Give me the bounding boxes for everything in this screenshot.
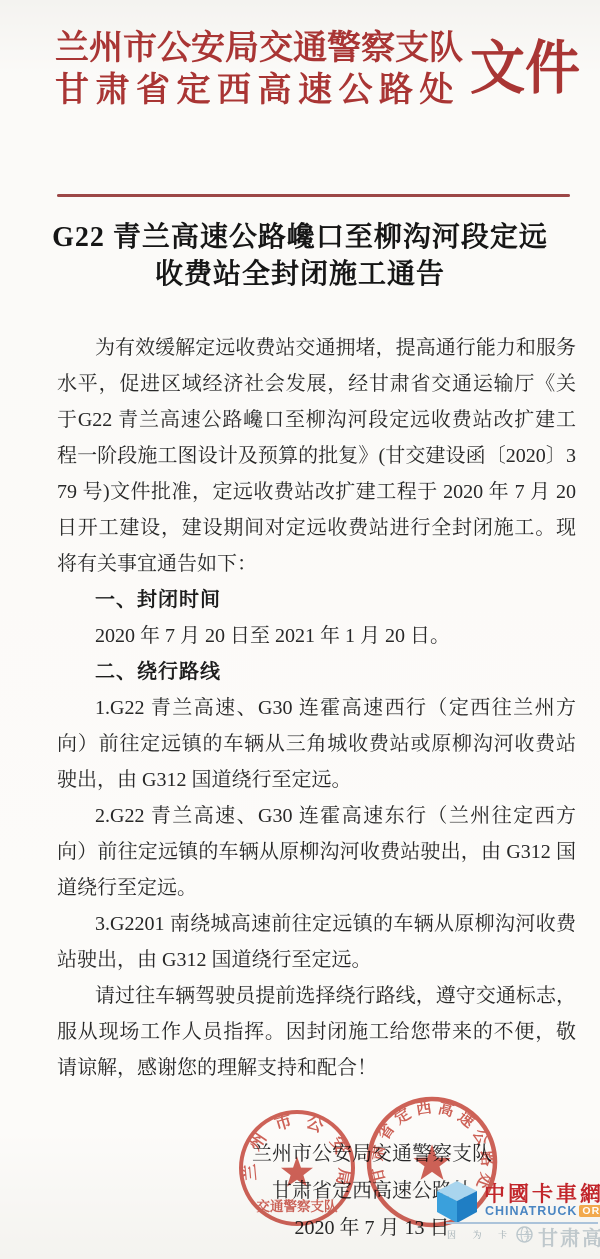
section1-heading: 一、封闭时间 <box>57 582 576 618</box>
police-stamp-bottom-text: 交通警察支队 <box>257 1198 338 1214</box>
watermark-site-name-en: CHINATRUCKORG <box>485 1204 600 1218</box>
notice-body: 为有效缓解定远收费站交通拥堵，提高通行能力和服务水平，促进区域经济社会发展，经甘… <box>57 330 576 1086</box>
intro-paragraph: 为有效缓解定远收费站交通拥堵，提高通行能力和服务水平，促进区域经济社会发展，经甘… <box>57 330 576 582</box>
letterhead-doc-type: 文件 <box>470 24 590 114</box>
notice-title-line1: G22 青兰高速公路巉口至柳沟河段定远 <box>0 219 600 256</box>
notice-title-line2: 收费站全封闭施工通告 <box>0 256 600 293</box>
star-icon <box>413 1144 450 1179</box>
watermark-tld-badge: ORG <box>579 1205 600 1217</box>
watermark-brand-text: 甘肃高速 <box>538 1222 600 1251</box>
letterhead-org-line1: 兰州市公安局交通警察支队 <box>55 28 460 70</box>
watermark-site-en-text: CHINATRUCK <box>485 1204 577 1218</box>
section2-heading: 二、绕行路线 <box>57 654 576 690</box>
closing-paragraph: 请过往车辆驾驶员提前选择绕行路线，遵守交通标志，服从现场工作人员指挥。因封闭施工… <box>57 978 576 1086</box>
document-page: 兰州市公安局交通警察支队 甘肃省定西高速公路处 文件 G22 青兰高速公路巉口至… <box>0 0 600 1259</box>
highway-office-stamp: 甘肃省定西高速公路处 <box>362 1092 502 1232</box>
route2-paragraph: 2.G22 青兰高速、G30 连霍高速东行（兰州往定西方向）前往定远镇的车辆从原… <box>57 798 576 906</box>
route1-paragraph: 1.G22 青兰高速、G30 连霍高速西行（定西往兰州方向）前往定远镇的车辆从三… <box>57 690 576 798</box>
cube-logo-icon <box>434 1179 480 1225</box>
letterhead: 兰州市公安局交通警察支队 甘肃省定西高速公路处 <box>55 28 460 112</box>
star-icon <box>281 1156 313 1186</box>
globe-icon <box>516 1226 533 1243</box>
letterhead-divider <box>57 194 570 197</box>
police-stamp: 兰州市公安局 交通警察支队 <box>234 1105 360 1231</box>
section1-text: 2020 年 7 月 20 日至 2021 年 1 月 20 日。 <box>57 618 576 654</box>
route3-paragraph: 3.G2201 南绕城高速前往定远镇的车辆从原柳沟河收费站驶出，由 G312 国… <box>57 906 576 978</box>
letterhead-org-line2: 甘肃省定西高速公路处 <box>55 70 460 112</box>
notice-title: G22 青兰高速公路巉口至柳沟河段定远 收费站全封闭施工通告 <box>0 219 600 293</box>
